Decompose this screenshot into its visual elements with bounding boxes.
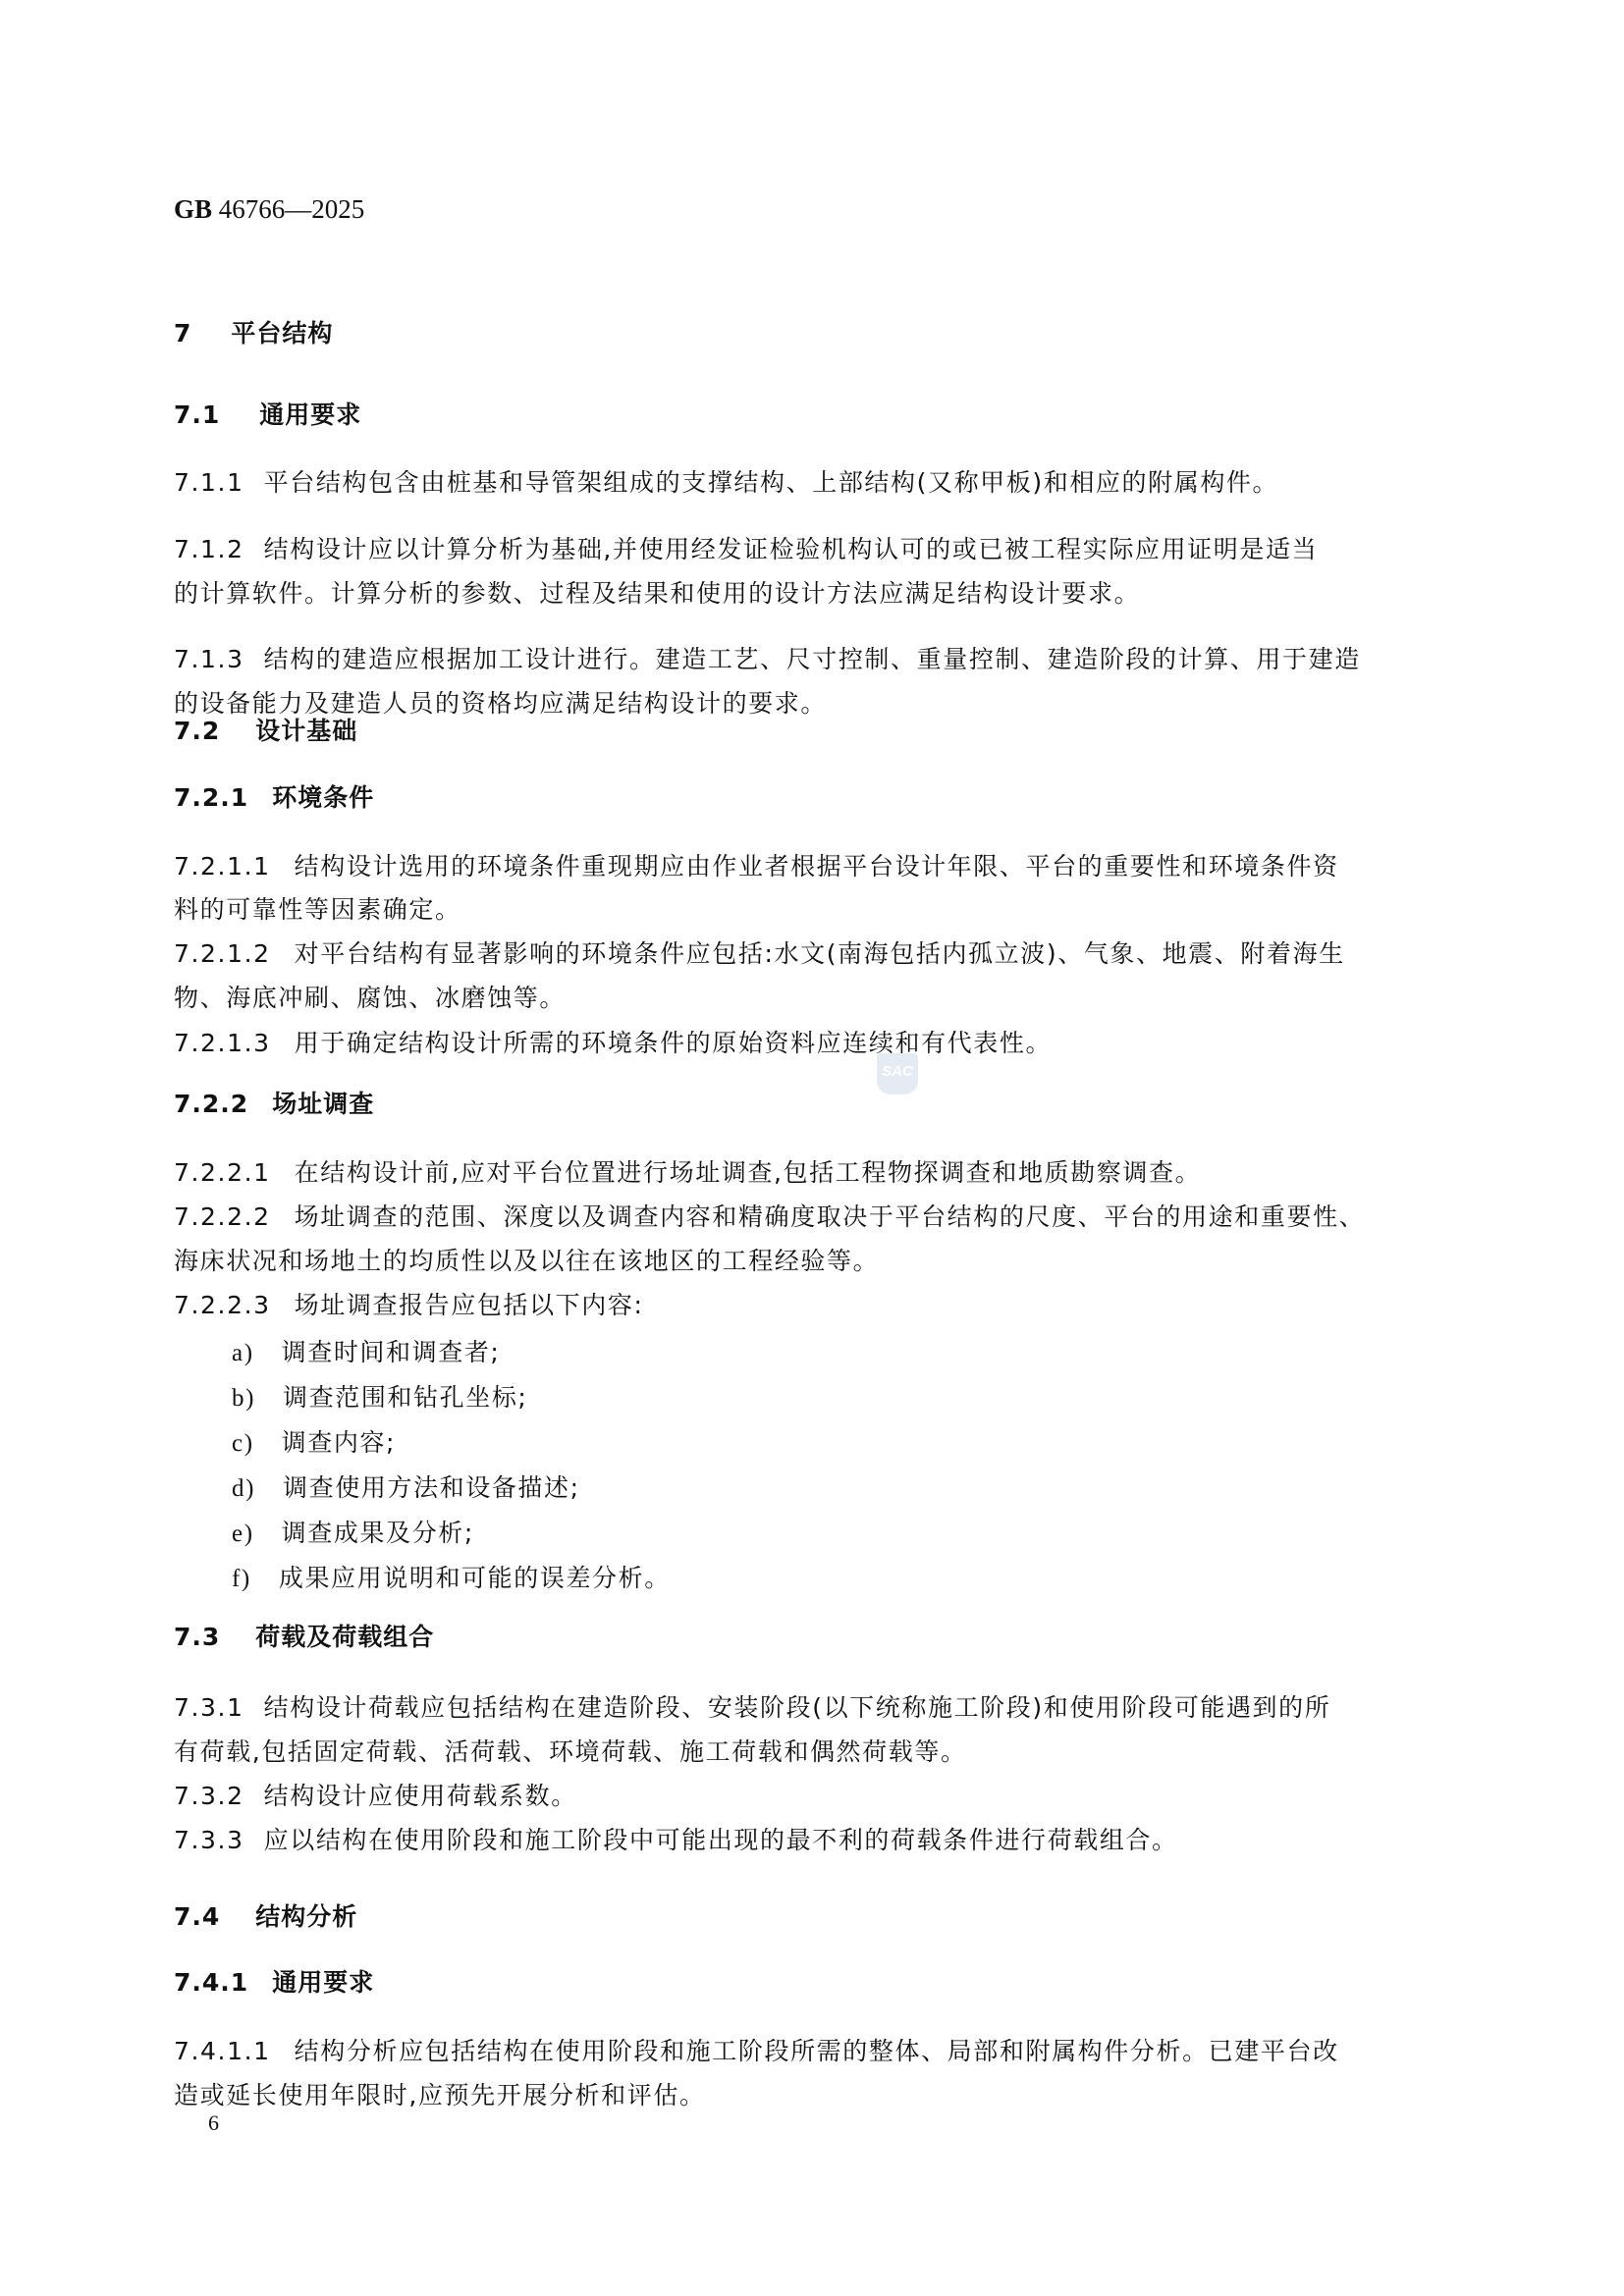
list-item-label: e) bbox=[232, 1521, 254, 1548]
clause-number: 7.2.2.3 bbox=[174, 1291, 271, 1319]
clause-text: 平台结构包含由桩基和导管架组成的支撑结构、上部结构(又称甲板)和相应的附属构件。 bbox=[264, 468, 1279, 497]
clause-paragraph: 7.2.2.3场址调查报告应包括以下内容: bbox=[174, 1286, 644, 1321]
section-heading: 7.4结构分析 bbox=[174, 1897, 357, 1933]
clause-number: 7.2.1.2 bbox=[174, 939, 271, 968]
list-item: c)调查内容; bbox=[232, 1423, 396, 1459]
clause-text: 荷载及荷载组合 bbox=[255, 1623, 434, 1651]
clause-continuation: 造或延长使用年限时,应预先开展分析和评估。 bbox=[174, 2076, 706, 2111]
clause-text: 平台结构 bbox=[231, 319, 333, 347]
list-item-label: a) bbox=[232, 1340, 254, 1367]
clause-text: 结构设计应以计算分析为基础,并使用经发证检验机构认可的或已被工程实际应用证明是适… bbox=[264, 535, 1319, 563]
clause-text: 环境条件 bbox=[272, 783, 374, 812]
clause-text: 设计基础 bbox=[255, 717, 357, 745]
clause-number: 7.1 bbox=[174, 400, 220, 429]
clause-paragraph: 7.1.3结构的建造应根据加工设计进行。建造工艺、尺寸控制、重量控制、建造阶段的… bbox=[174, 640, 1361, 675]
clause-text: 物、海底冲刷、腐蚀、冰磨蚀等。 bbox=[174, 984, 566, 1012]
clause-number: 7.4.1 bbox=[174, 1968, 248, 1997]
clause-text: 结构设计选用的环境条件重现期应由作业者根据平台设计年限、平台的重要性和环境条件资 bbox=[295, 852, 1339, 881]
clause-text: 成果应用说明和可能的误差分析。 bbox=[279, 1564, 671, 1592]
clause-paragraph: 7.2.2.2场址调查的范围、深度以及调查内容和精确度取决于平台结构的尺度、平台… bbox=[174, 1198, 1365, 1233]
clause-text: 对平台结构有显著影响的环境条件应包括:水文(南海包括内孤立波)、气象、地震、附着… bbox=[295, 939, 1345, 968]
clause-text: 调查使用方法和设备描述; bbox=[283, 1473, 580, 1502]
clause-paragraph: 7.1.2结构设计应以计算分析为基础,并使用经发证检验机构认可的或已被工程实际应… bbox=[174, 530, 1318, 565]
clause-text: 结构设计荷载应包括结构在建造阶段、安装阶段(以下统称施工阶段)和使用阶段可能遇到… bbox=[264, 1693, 1331, 1722]
clause-paragraph: 7.3.2结构设计应使用荷载系数。 bbox=[174, 1777, 577, 1812]
clause-text: 海床状况和场地土的均质性以及以往在该地区的工程经验等。 bbox=[174, 1247, 879, 1275]
clause-number: 7.2.2 bbox=[174, 1090, 248, 1118]
clause-text: 结构设计应使用荷载系数。 bbox=[264, 1782, 577, 1810]
clause-text: 造或延长使用年限时,应预先开展分析和评估。 bbox=[174, 2081, 706, 2109]
clause-number: 7 bbox=[174, 319, 191, 347]
list-item: a)调查时间和调查者; bbox=[232, 1333, 500, 1368]
list-item-label: b) bbox=[232, 1385, 255, 1413]
list-item: b)调查范围和钻孔坐标; bbox=[232, 1378, 527, 1414]
clause-text: 通用要求 bbox=[259, 400, 361, 429]
clause-text: 的计算软件。计算分析的参数、过程及结果和使用的设计方法应满足结构设计要求。 bbox=[174, 579, 1140, 608]
clause-number: 7.2 bbox=[174, 717, 220, 745]
clause-number: 7.2.1.1 bbox=[174, 852, 271, 881]
clause-text: 调查成果及分析; bbox=[282, 1519, 474, 1547]
clause-paragraph: 7.3.1结构设计荷载应包括结构在建造阶段、安装阶段(以下统称施工阶段)和使用阶… bbox=[174, 1688, 1330, 1724]
section-heading: 7.4.1通用要求 bbox=[174, 1963, 374, 1999]
clause-paragraph: 7.3.3应以结构在使用阶段和施工阶段中可能出现的最不利的荷载条件进行荷载组合。 bbox=[174, 1821, 1178, 1856]
section-heading: 7.1通用要求 bbox=[174, 396, 361, 431]
clause-text: 有荷载,包括固定荷载、活荷载、环境荷载、施工荷载和偶然荷载等。 bbox=[174, 1737, 967, 1766]
clause-paragraph: 7.2.1.3用于确定结构设计所需的环境条件的原始资料应连续和有代表性。 bbox=[174, 1024, 1052, 1059]
clause-text: 在结构设计前,应对平台位置进行场址调查,包括工程物探调查和地质勘察调查。 bbox=[295, 1158, 1202, 1187]
clause-text: 调查内容; bbox=[282, 1428, 396, 1457]
standard-number-header: GB 46766—2025 bbox=[174, 194, 364, 225]
clause-number: 7.4 bbox=[174, 1902, 220, 1931]
clause-text: 场址调查 bbox=[272, 1090, 374, 1118]
sac-watermark-logo: SAC bbox=[877, 1053, 918, 1095]
clause-text: 调查时间和调查者; bbox=[282, 1338, 501, 1366]
clause-text: 场址调查报告应包括以下内容: bbox=[295, 1291, 644, 1319]
section-heading: 7.2.2场址调查 bbox=[174, 1085, 374, 1120]
section-heading: 7.3荷载及荷载组合 bbox=[174, 1618, 434, 1653]
list-item: f)成果应用说明和可能的误差分析。 bbox=[232, 1559, 671, 1594]
standard-prefix: GB bbox=[174, 194, 212, 224]
clause-number: 7.1.3 bbox=[174, 645, 244, 673]
clause-text: 结构分析 bbox=[255, 1902, 357, 1931]
clause-text: 结构分析应包括结构在使用阶段和施工阶段所需的整体、局部和附属构件分析。已建平台改 bbox=[295, 2037, 1339, 2065]
clause-text: 调查范围和钻孔坐标; bbox=[283, 1383, 527, 1412]
clause-number: 7.2.1.3 bbox=[174, 1029, 271, 1057]
clause-text: 通用要求 bbox=[272, 1968, 374, 1997]
clause-paragraph: 7.1.1平台结构包含由桩基和导管架组成的支撑结构、上部结构(又称甲板)和相应的… bbox=[174, 463, 1278, 499]
clause-continuation: 物、海底冲刷、腐蚀、冰磨蚀等。 bbox=[174, 979, 566, 1014]
clause-number: 7.4.1.1 bbox=[174, 2037, 271, 2065]
section-heading: 7.2设计基础 bbox=[174, 712, 357, 747]
clause-paragraph: 7.4.1.1结构分析应包括结构在使用阶段和施工阶段所需的整体、局部和附属构件分… bbox=[174, 2032, 1339, 2067]
clause-number: 7.3 bbox=[174, 1623, 220, 1651]
clause-paragraph: 7.2.1.2对平台结构有显著影响的环境条件应包括:水文(南海包括内孤立波)、气… bbox=[174, 934, 1345, 970]
clause-number: 7.2.2.1 bbox=[174, 1158, 271, 1187]
clause-continuation: 料的可靠性等因素确定。 bbox=[174, 890, 461, 926]
page-number: 6 bbox=[208, 2110, 219, 2136]
clause-continuation: 的计算软件。计算分析的参数、过程及结果和使用的设计方法应满足结构设计要求。 bbox=[174, 574, 1140, 610]
clause-number: 7.2.2.2 bbox=[174, 1202, 271, 1231]
list-item-label: f) bbox=[232, 1566, 251, 1593]
clause-number: 7.3.2 bbox=[174, 1782, 244, 1810]
list-item-label: c) bbox=[232, 1430, 254, 1458]
list-item-label: d) bbox=[232, 1475, 255, 1503]
clause-text: 应以结构在使用阶段和施工阶段中可能出现的最不利的荷载条件进行荷载组合。 bbox=[264, 1826, 1178, 1854]
clause-text: 结构的建造应根据加工设计进行。建造工艺、尺寸控制、重量控制、建造阶段的计算、用于… bbox=[264, 645, 1361, 673]
clause-paragraph: 7.2.2.1在结构设计前,应对平台位置进行场址调查,包括工程物探调查和地质勘察… bbox=[174, 1153, 1201, 1189]
list-item: d)调查使用方法和设备描述; bbox=[232, 1468, 580, 1504]
clause-text: 场址调查的范围、深度以及调查内容和精确度取决于平台结构的尺度、平台的用途和重要性… bbox=[295, 1202, 1366, 1231]
list-item: e)调查成果及分析; bbox=[232, 1514, 474, 1549]
section-heading: 7平台结构 bbox=[174, 314, 333, 349]
standard-number: 46766—2025 bbox=[219, 194, 365, 224]
clause-number: 7.1.1 bbox=[174, 468, 244, 497]
clause-number: 7.3.3 bbox=[174, 1826, 244, 1854]
clause-text: 用于确定结构设计所需的环境条件的原始资料应连续和有代表性。 bbox=[295, 1029, 1052, 1057]
section-heading: 7.2.1环境条件 bbox=[174, 778, 374, 814]
clause-number: 7.2.1 bbox=[174, 783, 248, 812]
clause-continuation: 海床状况和场地土的均质性以及以往在该地区的工程经验等。 bbox=[174, 1242, 879, 1277]
clause-continuation: 有荷载,包括固定荷载、活荷载、环境荷载、施工荷载和偶然荷载等。 bbox=[174, 1733, 967, 1768]
clause-number: 7.1.2 bbox=[174, 535, 244, 563]
clause-paragraph: 7.2.1.1结构设计选用的环境条件重现期应由作业者根据平台设计年限、平台的重要… bbox=[174, 847, 1339, 882]
clause-number: 7.3.1 bbox=[174, 1693, 244, 1722]
clause-text: 料的可靠性等因素确定。 bbox=[174, 895, 461, 924]
